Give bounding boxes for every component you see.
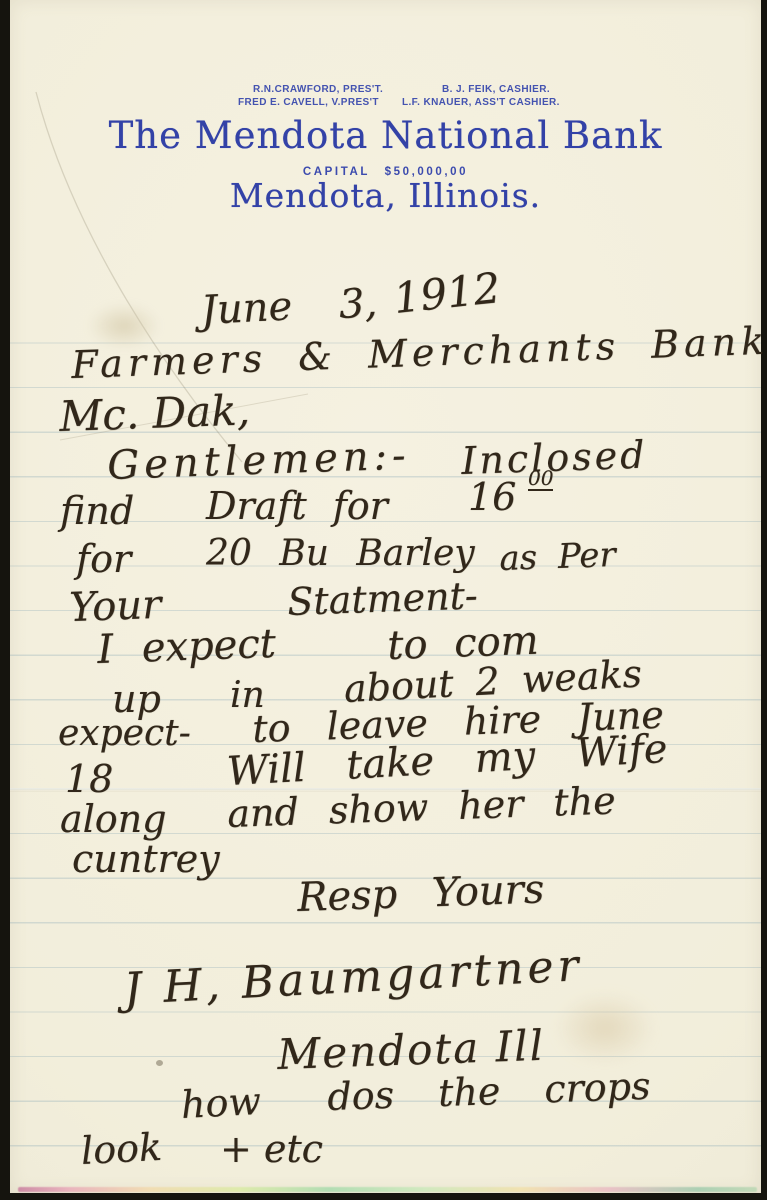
hw-along: along — [60, 800, 167, 838]
hw-look: look — [80, 1128, 163, 1170]
hw-etc: + etc — [220, 1130, 323, 1168]
letter-page: R.N.CRAWFORD, PRES'T. B. J. FEIK, CASHIE… — [10, 0, 761, 1193]
hw-date-month: June — [200, 286, 293, 331]
hw-how: how — [180, 1082, 262, 1124]
hw-draft-for: Draft for — [206, 487, 388, 525]
hw-salutation: Gentlemen:- — [107, 435, 411, 486]
bank-name: The Mendota National Bank — [109, 114, 663, 157]
hw-show-her-the: and show her the — [227, 781, 617, 833]
hw-signature: J H, Baumgartner — [123, 944, 584, 1012]
hw-barley-qty: 20 Bu Barley — [206, 536, 475, 572]
ink-dot — [156, 1060, 163, 1066]
hw-i-expect: I expect — [97, 624, 277, 670]
officer-president: R.N.CRAWFORD, PRES'T. — [253, 84, 383, 95]
scan-edge-artifact — [18, 1187, 757, 1192]
hw-cuntrey: cuntrey — [72, 840, 220, 878]
hw-expect: expect- — [58, 716, 191, 752]
hw-as-per: as Per — [499, 538, 616, 576]
hw-inclosed: Inclosed — [461, 436, 648, 480]
hw-recipient-state: Mc. Dak, — [59, 389, 251, 438]
hw-find: find — [60, 492, 134, 530]
hw-amount-dollars: 16 — [468, 478, 516, 516]
officer-asst-cashier: L.F. KNAUER, ASS'T CASHIER. — [402, 97, 560, 108]
scanned-letter: R.N.CRAWFORD, PRES'T. B. J. FEIK, CASHIE… — [0, 0, 767, 1200]
hw-resp-yours: Resp Yours — [297, 869, 545, 918]
hw-18: 18 — [65, 760, 113, 798]
hw-date-year: 1912 — [392, 267, 503, 320]
hw-dos-the-crops: dos the crops — [327, 1067, 651, 1116]
hw-amount-cents: 00 — [528, 468, 553, 491]
hw-recipient-bank: Farmers & Merchants Bank — [71, 322, 767, 384]
officer-vice-president: FRED E. CAVELL, V.PRES'T — [238, 97, 379, 108]
city-line: Mendota, Illinois. — [230, 176, 541, 215]
hw-date-day: 3, — [338, 283, 378, 325]
hw-for: for — [76, 540, 131, 578]
stain — [555, 992, 655, 1064]
hw-your: Your — [69, 585, 162, 628]
officer-cashier: B. J. FEIK, CASHIER. — [442, 84, 550, 95]
hw-statment: Statment- — [287, 576, 479, 621]
